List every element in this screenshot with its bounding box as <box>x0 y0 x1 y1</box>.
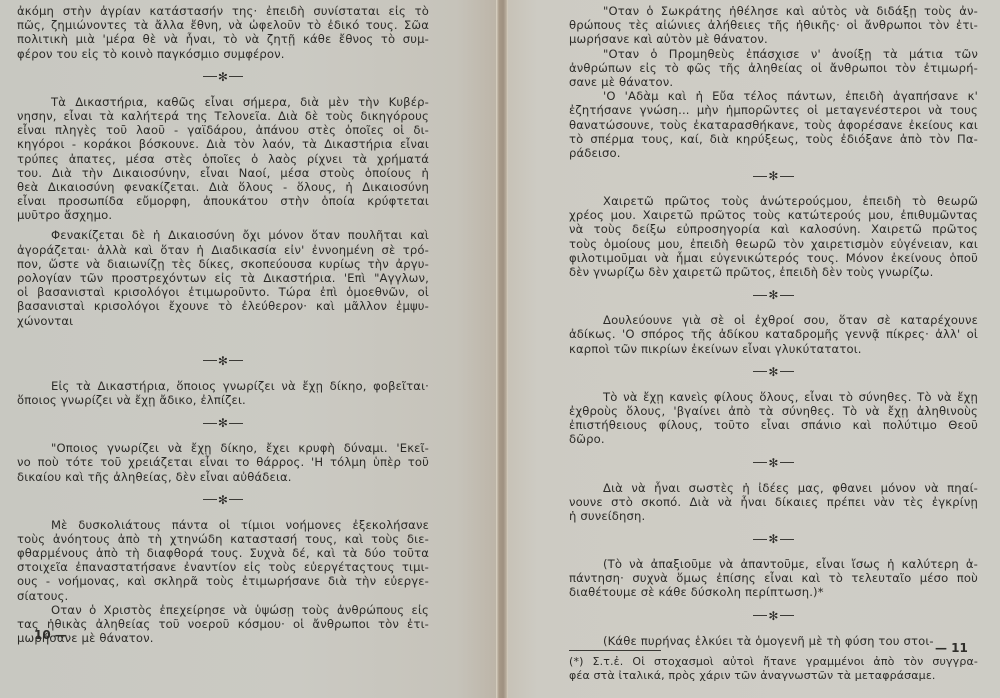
text-line: στοιχεῖα ἐπαναστατήσανε ἐναντίον εἰς τοὺ… <box>17 560 429 574</box>
dash-ornament <box>753 615 767 616</box>
text-line: εἶναι προσωπίδα εὔμορφη, ἀπουκάτου στὴν … <box>17 194 429 208</box>
section-separator: ✻ <box>569 456 978 470</box>
dash-ornament <box>203 423 217 424</box>
paragraph: Δουλεύουνε γιὰ σὲ οἱ ἐχθροί σου, ὅταν σὲ… <box>569 313 978 356</box>
text-line: ους - νοήμονας, καὶ σκληρᾶ τοὺς ἐτιμωρήσ… <box>17 574 429 588</box>
text-line: οἱ βασανισταὶ κρισολόγοι ἐτιμωροῦντο. Τώ… <box>17 285 429 299</box>
right-page-text: "Οταν ὁ Σωκράτης ἠθέλησε καὶ αὐτὸς νὰ δι… <box>569 4 978 683</box>
text-line: "Οταν ὁ Προμηθεὺς ἐπάσχισε ν' ἀνοίξῃ τὰ … <box>569 47 978 61</box>
paragraph: Τὸ νὰ ἔχῃ κανεὶς φίλους ὅλους, εἶναι τὸ … <box>569 390 978 447</box>
text-line: δῶρο. <box>569 432 978 446</box>
text-line: νουνε στὸ σκοπό. Διὰ νὰ ἦναι δίκαιες πρέ… <box>569 495 978 509</box>
section-separator: ✻ <box>569 365 978 379</box>
section-separator: ✻ <box>17 493 429 507</box>
section-separator: ✻ <box>17 354 429 368</box>
paragraph: (Τὸ νὰ ἀπαξιοῦμε νὰ ἀπαντοῦμε, εἶναι ἴσω… <box>569 557 978 600</box>
dash-ornament <box>229 499 243 500</box>
asterisk-ornament-icon: ✻ <box>768 365 778 379</box>
text-line: Φενακίζεται δὲ ἡ Δικαιοσύνη ὄχι μόνον ὅτ… <box>17 228 429 242</box>
text-line: μυῦτρο ἄσχημο. <box>17 208 429 222</box>
text-line: βασανισταὶ κρισολόγοι ἔχουνε τὸ ἐλεύθερο… <box>17 299 429 313</box>
asterisk-ornament-icon: ✻ <box>218 70 228 84</box>
text-line: χρέος μου. Χαιρετῶ πρῶτος τοὺς κατώτερού… <box>569 208 978 222</box>
dash-ornament <box>753 539 767 540</box>
dash-ornament <box>753 295 767 296</box>
text-line: τρύπες ἀπατες, μέσα στὲς ὁποῖες ὁ λαὸς ρ… <box>17 152 429 166</box>
text-line: φέα στὰ ἰταλικά, πρὸς χάριν τῶν ἀναγνωστ… <box>569 669 978 683</box>
text-line: (Κάθε πυρήνας ἑλκύει τὰ ὁμογενῆ μὲ τὴ φύ… <box>569 634 978 648</box>
text-line: ἀδίκως. 'Ο σπόρος τῆς ἀδίκου καταδρομῆς … <box>569 327 978 341</box>
footnote-rule <box>569 650 661 651</box>
paragraph: Τὰ Δικαστήρια, καθῶς εἶναι σήμερα, διὰ μ… <box>17 95 429 223</box>
asterisk-ornament-icon: ✻ <box>218 493 228 507</box>
text-line: ὅποιος γνωρίζει νὰ ἔχῃ ἄδικο, ἐλπίζει. <box>17 393 429 407</box>
text-line: "Οταν ὁ Σωκράτης ἠθέλησε καὶ αὐτὸς νὰ δι… <box>569 4 978 18</box>
text-line: σανε μὲ θάνατον. <box>569 75 978 89</box>
asterisk-ornament-icon: ✻ <box>768 169 778 183</box>
dash-ornament <box>780 295 794 296</box>
section-separator: ✻ <box>17 416 429 430</box>
page-number-right: — 11 <box>935 641 968 655</box>
text-line: νο ποὺ τότε τοῦ χρειάζεται εἶναι το θάρρ… <box>17 455 429 469</box>
asterisk-ornament-icon: ✻ <box>768 532 778 546</box>
text-line: θρώπους τὲς αἰώνιες ἀλήθειες τῆς ἠθικῆς·… <box>569 18 978 32</box>
paragraph: ἀκόμη στὴν ἀγρίαν κατάστασήν της· ἐπειδὴ… <box>17 4 429 61</box>
text-line: ἀκόμη στὴν ἀγρίαν κατάστασήν της· ἐπειδὴ… <box>17 4 429 18</box>
text-line: πῶς, ζημιώνοντες τὰ ἄλλα ἔθνη, νὰ ὠφελοῦ… <box>17 18 429 32</box>
text-line: (Τὸ νὰ ἀπαξιοῦμε νὰ ἀπαντοῦμε, εἶναι ἴσω… <box>569 557 978 571</box>
dash-ornament <box>753 371 767 372</box>
text-line: δὲν γνωρίζω δὲν χαιρετῶ πρῶτος, ἐπειδὴ δ… <box>569 265 978 279</box>
text-line: Χαιρετῶ πρῶτος τοὺς ἀνώτερούςμου, ἐπειδὴ… <box>569 194 978 208</box>
text-line: φιλοτιμοῦμαι νὰ ἦμαι εὐγενικώτερός τους.… <box>569 251 978 265</box>
text-line: κηγόροι - κοράκοι βόσκουνε. Διὰ τὸν λαόν… <box>17 137 429 151</box>
text-line: του. Διὰ τὴν Δικαιοσύνην, εἶναι Ναοί, μέ… <box>17 166 429 180</box>
text-line: ἐζητήσανε γνώση... μὴν ἠμπορῶντες οἱ μετ… <box>569 103 978 117</box>
paragraph: (Κάθε πυρήνας ἑλκύει τὰ ὁμογενῆ μὲ τὴ φύ… <box>569 634 978 648</box>
paragraph: "Οποιος γνωρίζει νὰ ἔχῃ δίκηο, ἔχει κρυφ… <box>17 441 429 484</box>
dash-ornament <box>780 371 794 372</box>
text-line: εἶναι πληγὲς τοῦ λαοῦ - γαϊδάρου, ἀπάνου… <box>17 123 429 137</box>
asterisk-ornament-icon: ✻ <box>218 354 228 368</box>
text-line: καρποὶ τῶν πικρίων ἐκείνων εἶναι γλυκύτα… <box>569 342 978 356</box>
dash-ornament <box>780 176 794 177</box>
section-separator: ✻ <box>569 532 978 546</box>
text-line: πάντηση· συχνὰ ὅμως ἐπίσης εἶναι καὶ τὸ … <box>569 571 978 585</box>
text-line: Μὲ δυσκολιάτους πάντα οἱ τίμιοι νοήμονες… <box>17 518 429 532</box>
text-line: φέρον του εἰς τὸ κοινὸ παγκόσμιο συμφέρο… <box>17 47 429 61</box>
text-line: θανατώσουνε, τοὺς ἐκαταρασθήκανε, τοὺς ἀ… <box>569 118 978 132</box>
footnote: (*) Σ.τ.ἐ. Οἱ στοχασμοὶ αὐτοὶ ἤτανε γραμ… <box>569 655 978 683</box>
text-line: 'Ο 'Αδὰμ καὶ ἡ Εὔα τέλος πάντων, ἐπειδὴ … <box>569 89 978 103</box>
asterisk-ornament-icon: ✻ <box>768 456 778 470</box>
dash-ornament <box>229 423 243 424</box>
paragraph: Χαιρετῶ πρῶτος τοὺς ἀνώτερούςμου, ἐπειδὴ… <box>569 194 978 279</box>
text-line: νὰ τοὺς δείξω εὐπροσηγορία καὶ καλοσύνη.… <box>569 222 978 236</box>
asterisk-ornament-icon: ✻ <box>768 288 778 302</box>
paragraph: Οταν ὁ Χριστὸς ἐπεχείρησε νὰ ὑψώσῃ τοὺς … <box>17 603 429 646</box>
text-line: διαθέτουμε σὲ κάθε δύσκολη περίπτωση.)* <box>569 585 978 599</box>
paragraph: "Οταν ὁ Σωκράτης ἠθέλησε καὶ αὐτὸς νὰ δι… <box>569 4 978 47</box>
left-page: ἀκόμη στὴν ἀγρίαν κατάστασήν της· ἐπειδὴ… <box>0 0 496 698</box>
paragraph: Εἰς τὰ Δικαστήρια, ὅποιος γνωρίζει νὰ ἔχ… <box>17 379 429 407</box>
section-separator: ✻ <box>569 169 978 183</box>
dash-ornament <box>229 76 243 77</box>
dash-ornament <box>780 539 794 540</box>
paragraph: 'Ο 'Αδὰμ καὶ ἡ Εὔα τέλος πάντων, ἐπειδὴ … <box>569 89 978 160</box>
asterisk-ornament-icon: ✻ <box>218 416 228 430</box>
text-line: δικαίου καὶ τῆς ἀληθείας, δὲν εἶναι αὐθά… <box>17 470 429 484</box>
text-line: ἀνθρώπων εἰς τὸ φῶς τῆς ἀληθείας οἱ ἄνθρ… <box>569 61 978 75</box>
dash-ornament <box>203 499 217 500</box>
dash-ornament <box>780 462 794 463</box>
page-number-left: 10 — <box>34 628 67 642</box>
text-line: Τὰ Δικαστήρια, καθῶς εἶναι σήμερα, διὰ μ… <box>17 95 429 109</box>
paragraph: "Οταν ὁ Προμηθεὺς ἐπάσχισε ν' ἀνοίξῃ τὰ … <box>569 47 978 90</box>
dash-ornament <box>780 615 794 616</box>
text-line: σίατους. <box>17 589 429 603</box>
text-line: φθαρμένους ἀπὸ τὴ διαφθορά τους. Συχνὰ δ… <box>17 546 429 560</box>
text-line: μωρήσανε καὶ αὐτὸν μὲ θάνατον. <box>569 32 978 46</box>
text-line: θεὰ Δικαιοσύνη φενακίζεται. Διὰ ὅλους - … <box>17 180 429 194</box>
text-line: Τὸ νὰ ἔχῃ κανεὶς φίλους ὅλους, εἶναι τὸ … <box>569 390 978 404</box>
text-line: νησην, εἶναι τὰ καλήτερά της Τελονεῖα. Δ… <box>17 109 429 123</box>
paragraph: Φενακίζεται δὲ ἡ Δικαιοσύνη ὄχι μόνον ὅτ… <box>17 228 429 327</box>
text-line: τας ἠθικὰς ἀληθείας τοῦ νοεροῦ κόσμου· ο… <box>17 617 429 631</box>
paragraph: Διὰ νὰ ἦναι σωστὲς ἡ ἰδέες μας, φθανει μ… <box>569 481 978 524</box>
text-line: τοὺς ὁμοίους μου, ἐπειδὴ θεωρῶ τὸν χαιρε… <box>569 237 978 251</box>
book-gutter <box>496 0 508 698</box>
text-line: (*) Σ.τ.ἐ. Οἱ στοχασμοὶ αὐτοὶ ἤτανε γραμ… <box>569 655 978 669</box>
text-line: Διὰ νὰ ἦναι σωστὲς ἡ ἰδέες μας, φθανει μ… <box>569 481 978 495</box>
text-line: πολιτικὴ μιὰ 'μέρα θὲ νὰ ἦναι, τὸ νὰ ζητ… <box>17 32 429 46</box>
dash-ornament <box>203 76 217 77</box>
text-line: μωρήσανε μὲ θάνατον. <box>17 631 429 645</box>
text-line: Οταν ὁ Χριστὸς ἐπεχείρησε νὰ ὑψώσῃ τοὺς … <box>17 603 429 617</box>
text-line: ἐχθροὺς ὅλους, 'βγαίνει ἀπὸ τὰ σύνηθες. … <box>569 404 978 418</box>
book-spread: ἀκόμη στὴν ἀγρίαν κατάστασήν της· ἐπειδὴ… <box>0 0 1000 698</box>
section-separator: ✻ <box>17 70 429 84</box>
right-page: "Οταν ὁ Σωκράτης ἠθέλησε καὶ αὐτὸς νὰ δι… <box>508 0 1000 698</box>
text-line: ἡ συνείδηση. <box>569 509 978 523</box>
text-line: χώνονται <box>17 314 429 328</box>
dash-ornament <box>753 462 767 463</box>
text-line: ἀγοράζεται· ἀλλὰ καὶ ὅταν ἡ Διαδικασία ε… <box>17 243 429 257</box>
text-line: Δουλεύουνε γιὰ σὲ οἱ ἐχθροί σου, ὅταν σὲ… <box>569 313 978 327</box>
dash-ornament <box>203 360 217 361</box>
text-line: Εἰς τὰ Δικαστήρια, ὅποιος γνωρίζει νὰ ἔχ… <box>17 379 429 393</box>
left-page-text: ἀκόμη στὴν ἀγρίαν κατάστασήν της· ἐπειδὴ… <box>17 4 429 645</box>
asterisk-ornament-icon: ✻ <box>768 609 778 623</box>
text-line: πον, ὥστε νὰ διαιωνίζῃ τὲς δίκες, σκοπεύ… <box>17 257 429 271</box>
text-line: ρολογίαν τῶν προστρεχόντων εἰς τὰ Δικαστ… <box>17 271 429 285</box>
dash-ornament <box>753 176 767 177</box>
text-line: τὸ σπέρμα τους, καί, διὰ κηρύξεως, τοὺς … <box>569 132 978 146</box>
text-line: τοὺς ἀνόητους ἀπὸ τὴ χτηνώδη καταστασή τ… <box>17 532 429 546</box>
text-line: ἐπιστήθειους φίλους, τοῦτο εἶναι σπάνιο … <box>569 418 978 432</box>
text-line: ράδεισο. <box>569 146 978 160</box>
section-separator: ✻ <box>569 609 978 623</box>
dash-ornament <box>229 360 243 361</box>
section-separator: ✻ <box>569 288 978 302</box>
paragraph: Μὲ δυσκολιάτους πάντα οἱ τίμιοι νοήμονες… <box>17 518 429 603</box>
text-line: "Οποιος γνωρίζει νὰ ἔχῃ δίκηο, ἔχει κρυφ… <box>17 441 429 455</box>
